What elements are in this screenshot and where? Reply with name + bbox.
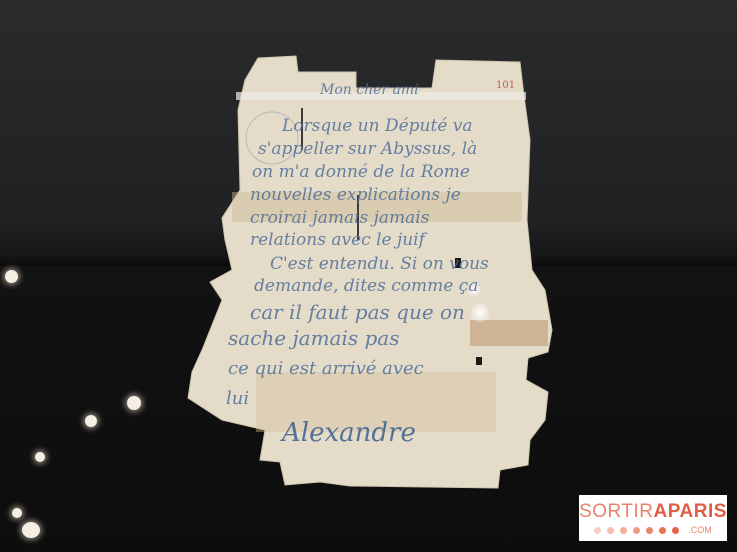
display-glare — [470, 303, 490, 323]
letter-line: Mon cher ami — [320, 82, 419, 98]
letter-line: ce qui est arrivé avec — [228, 358, 424, 379]
watermark-dots: .COM — [594, 525, 712, 535]
dot-icon — [633, 527, 640, 534]
dot-icon — [607, 527, 614, 534]
letter-line: on m'a donné de la Rome — [252, 162, 470, 182]
letter-line: C'est entendu. Si on vous — [270, 254, 489, 274]
letter-line: Lorsque un Député va — [282, 116, 473, 136]
letter-line: s'appeller sur Abyssus, là — [258, 139, 477, 159]
letter-signature: Alexandre — [282, 418, 416, 448]
letter-line: demande, dites comme ça — [254, 276, 478, 296]
stamp-mark: 101 — [496, 80, 515, 91]
dot-icon — [646, 527, 653, 534]
letter-line: lui — [226, 388, 249, 409]
watermark-brand: SORTIRAPARIS — [579, 501, 727, 523]
dot-icon — [672, 527, 679, 534]
letter-line: car il faut pas que on — [250, 300, 465, 324]
letter-line: relations avec le juif — [250, 230, 425, 250]
letter-line: sache jamais pas — [228, 326, 399, 350]
dot-icon — [620, 527, 627, 534]
dot-icon — [659, 527, 666, 534]
sortiraparis-watermark: SORTIRAPARIS .COM — [579, 495, 727, 541]
letter-line: nouvelles explications je — [250, 185, 461, 205]
watermark-suffix: .COM — [688, 525, 712, 535]
dot-icon — [594, 527, 601, 534]
letter-line: croirai jamais jamais — [250, 208, 429, 228]
